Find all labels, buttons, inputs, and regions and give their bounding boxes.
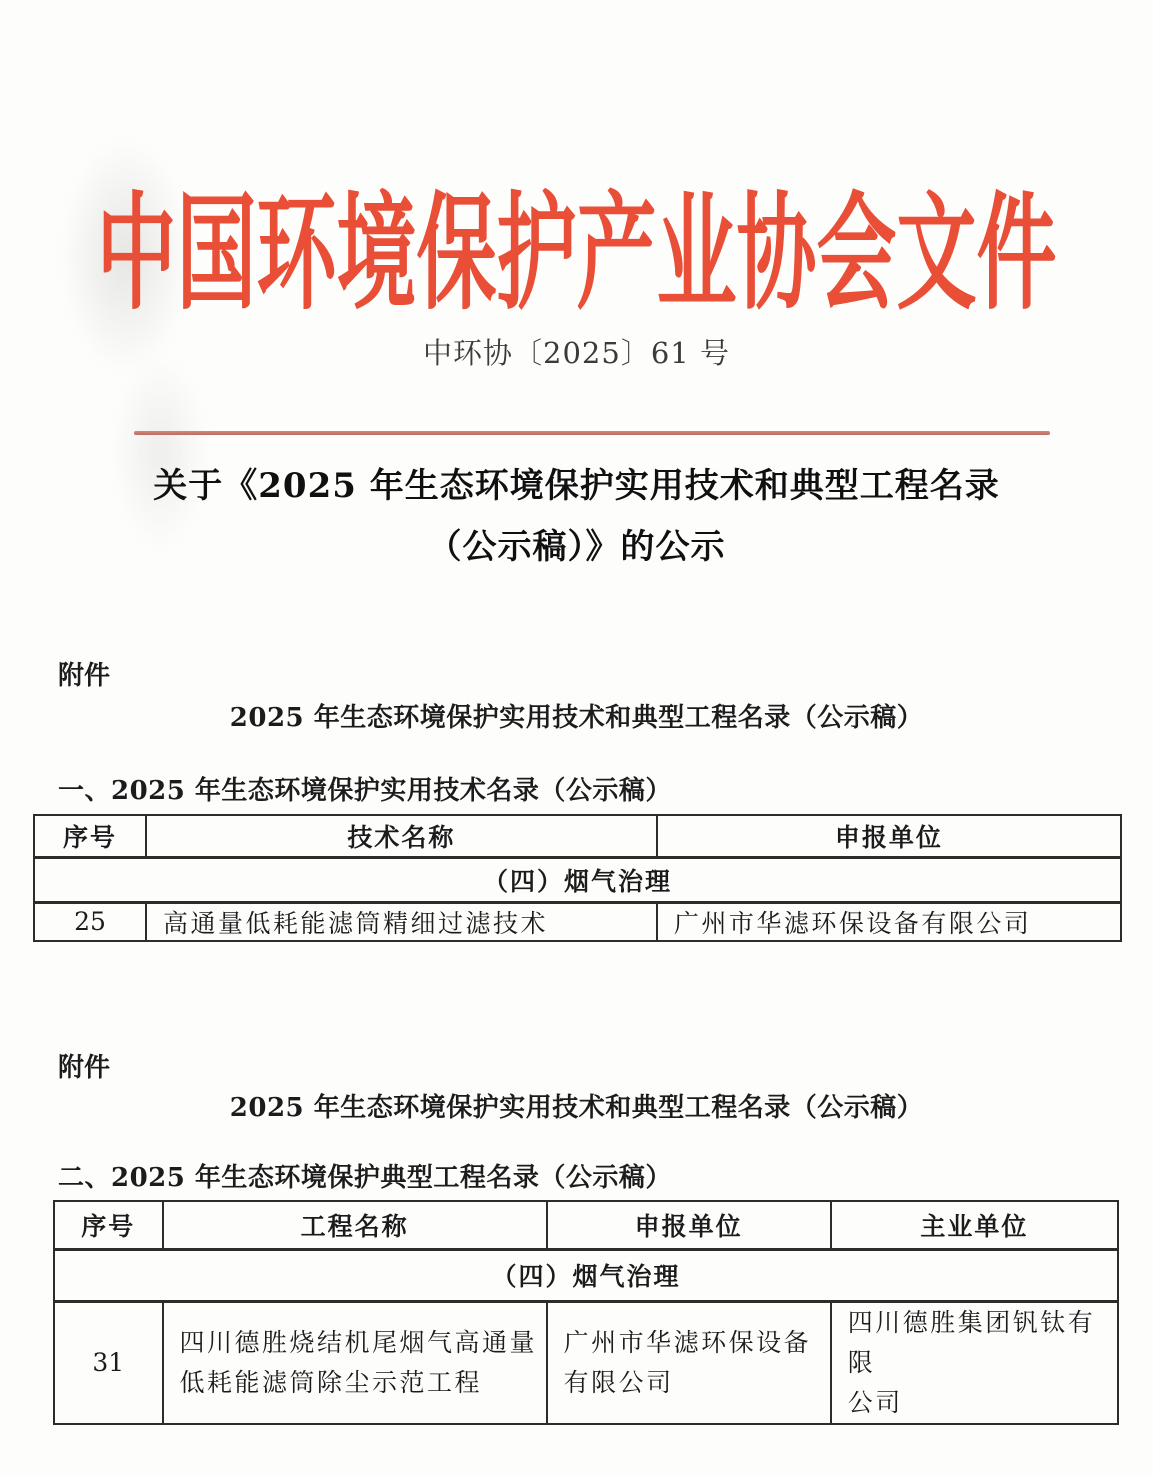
- technology-data-row: 25 高通量低耗能滤筒精细过滤技术 广州市华滤环保设备有限公司: [34, 902, 1121, 941]
- attachment-subtitle-2: 2025 年生态环境保护实用技术和典型工程名录（公示稿）: [0, 1087, 1153, 1124]
- letterhead-title: 中国环境保护产业协会文件: [97, 151, 1057, 333]
- technology-table: 序号 技术名称 申报单位 （四）烟气治理 25 高通量低耗能滤筒精细过滤技术 广…: [33, 814, 1122, 942]
- letterhead-divider-rule: [134, 431, 1050, 435]
- letterhead-wrap: 中国环境保护产业协会文件: [0, 172, 1153, 312]
- document-number: 中环协〔2025〕61 号: [0, 331, 1153, 372]
- technology-row-name: 高通量低耗能滤筒精细过滤技术: [146, 902, 657, 941]
- document-title: 关于《2025 年生态环境保护实用技术和典型工程名录 （公示稿）》的公示: [0, 456, 1153, 578]
- project-table: 序号 工程名称 申报单位 主业单位 （四）烟气治理 31 四川德胜烧结机尾烟气高…: [53, 1200, 1119, 1425]
- project-col-no: 序号: [54, 1201, 163, 1249]
- technology-row-no: 25: [34, 902, 146, 941]
- project-category-row: （四）烟气治理: [54, 1249, 1118, 1301]
- technology-row-applicant: 广州市华滤环保设备有限公司: [657, 902, 1121, 941]
- project-col-applicant: 申报单位: [547, 1201, 831, 1249]
- technology-col-no: 序号: [34, 815, 146, 857]
- project-row-name: 四川德胜烧结机尾烟气高通量 低耗能滤筒除尘示范工程: [163, 1301, 547, 1424]
- project-data-row: 31 四川德胜烧结机尾烟气高通量 低耗能滤筒除尘示范工程 广州市华滤环保设备 有…: [54, 1301, 1118, 1424]
- technology-table-header-row: 序号 技术名称 申报单位: [34, 815, 1121, 857]
- project-table-header-row: 序号 工程名称 申报单位 主业单位: [54, 1201, 1118, 1249]
- project-col-owner: 主业单位: [831, 1201, 1118, 1249]
- technology-col-name: 技术名称: [146, 815, 657, 857]
- attachment-subtitle-1: 2025 年生态环境保护实用技术和典型工程名录（公示稿）: [0, 697, 1153, 734]
- document-page: 中国环境保护产业协会文件 中环协〔2025〕61 号 关于《2025 年生态环境…: [0, 0, 1153, 1476]
- project-row-no: 31: [54, 1301, 163, 1424]
- project-category-cell: （四）烟气治理: [54, 1249, 1118, 1301]
- technology-col-applicant: 申报单位: [657, 815, 1121, 857]
- attachment-label-2: 附件: [58, 1047, 110, 1084]
- project-row-applicant: 广州市华滤环保设备 有限公司: [547, 1301, 831, 1424]
- technology-category-cell: （四）烟气治理: [34, 857, 1121, 902]
- section-heading-technology: 一、2025 年生态环境保护实用技术名录（公示稿）: [58, 770, 672, 807]
- project-row-owner: 四川德胜集团钒钛有限 公司: [831, 1301, 1118, 1424]
- project-col-name: 工程名称: [163, 1201, 547, 1249]
- attachment-label-1: 附件: [58, 655, 110, 692]
- technology-category-row: （四）烟气治理: [34, 857, 1121, 902]
- section-heading-project: 二、2025 年生态环境保护典型工程名录（公示稿）: [58, 1157, 672, 1194]
